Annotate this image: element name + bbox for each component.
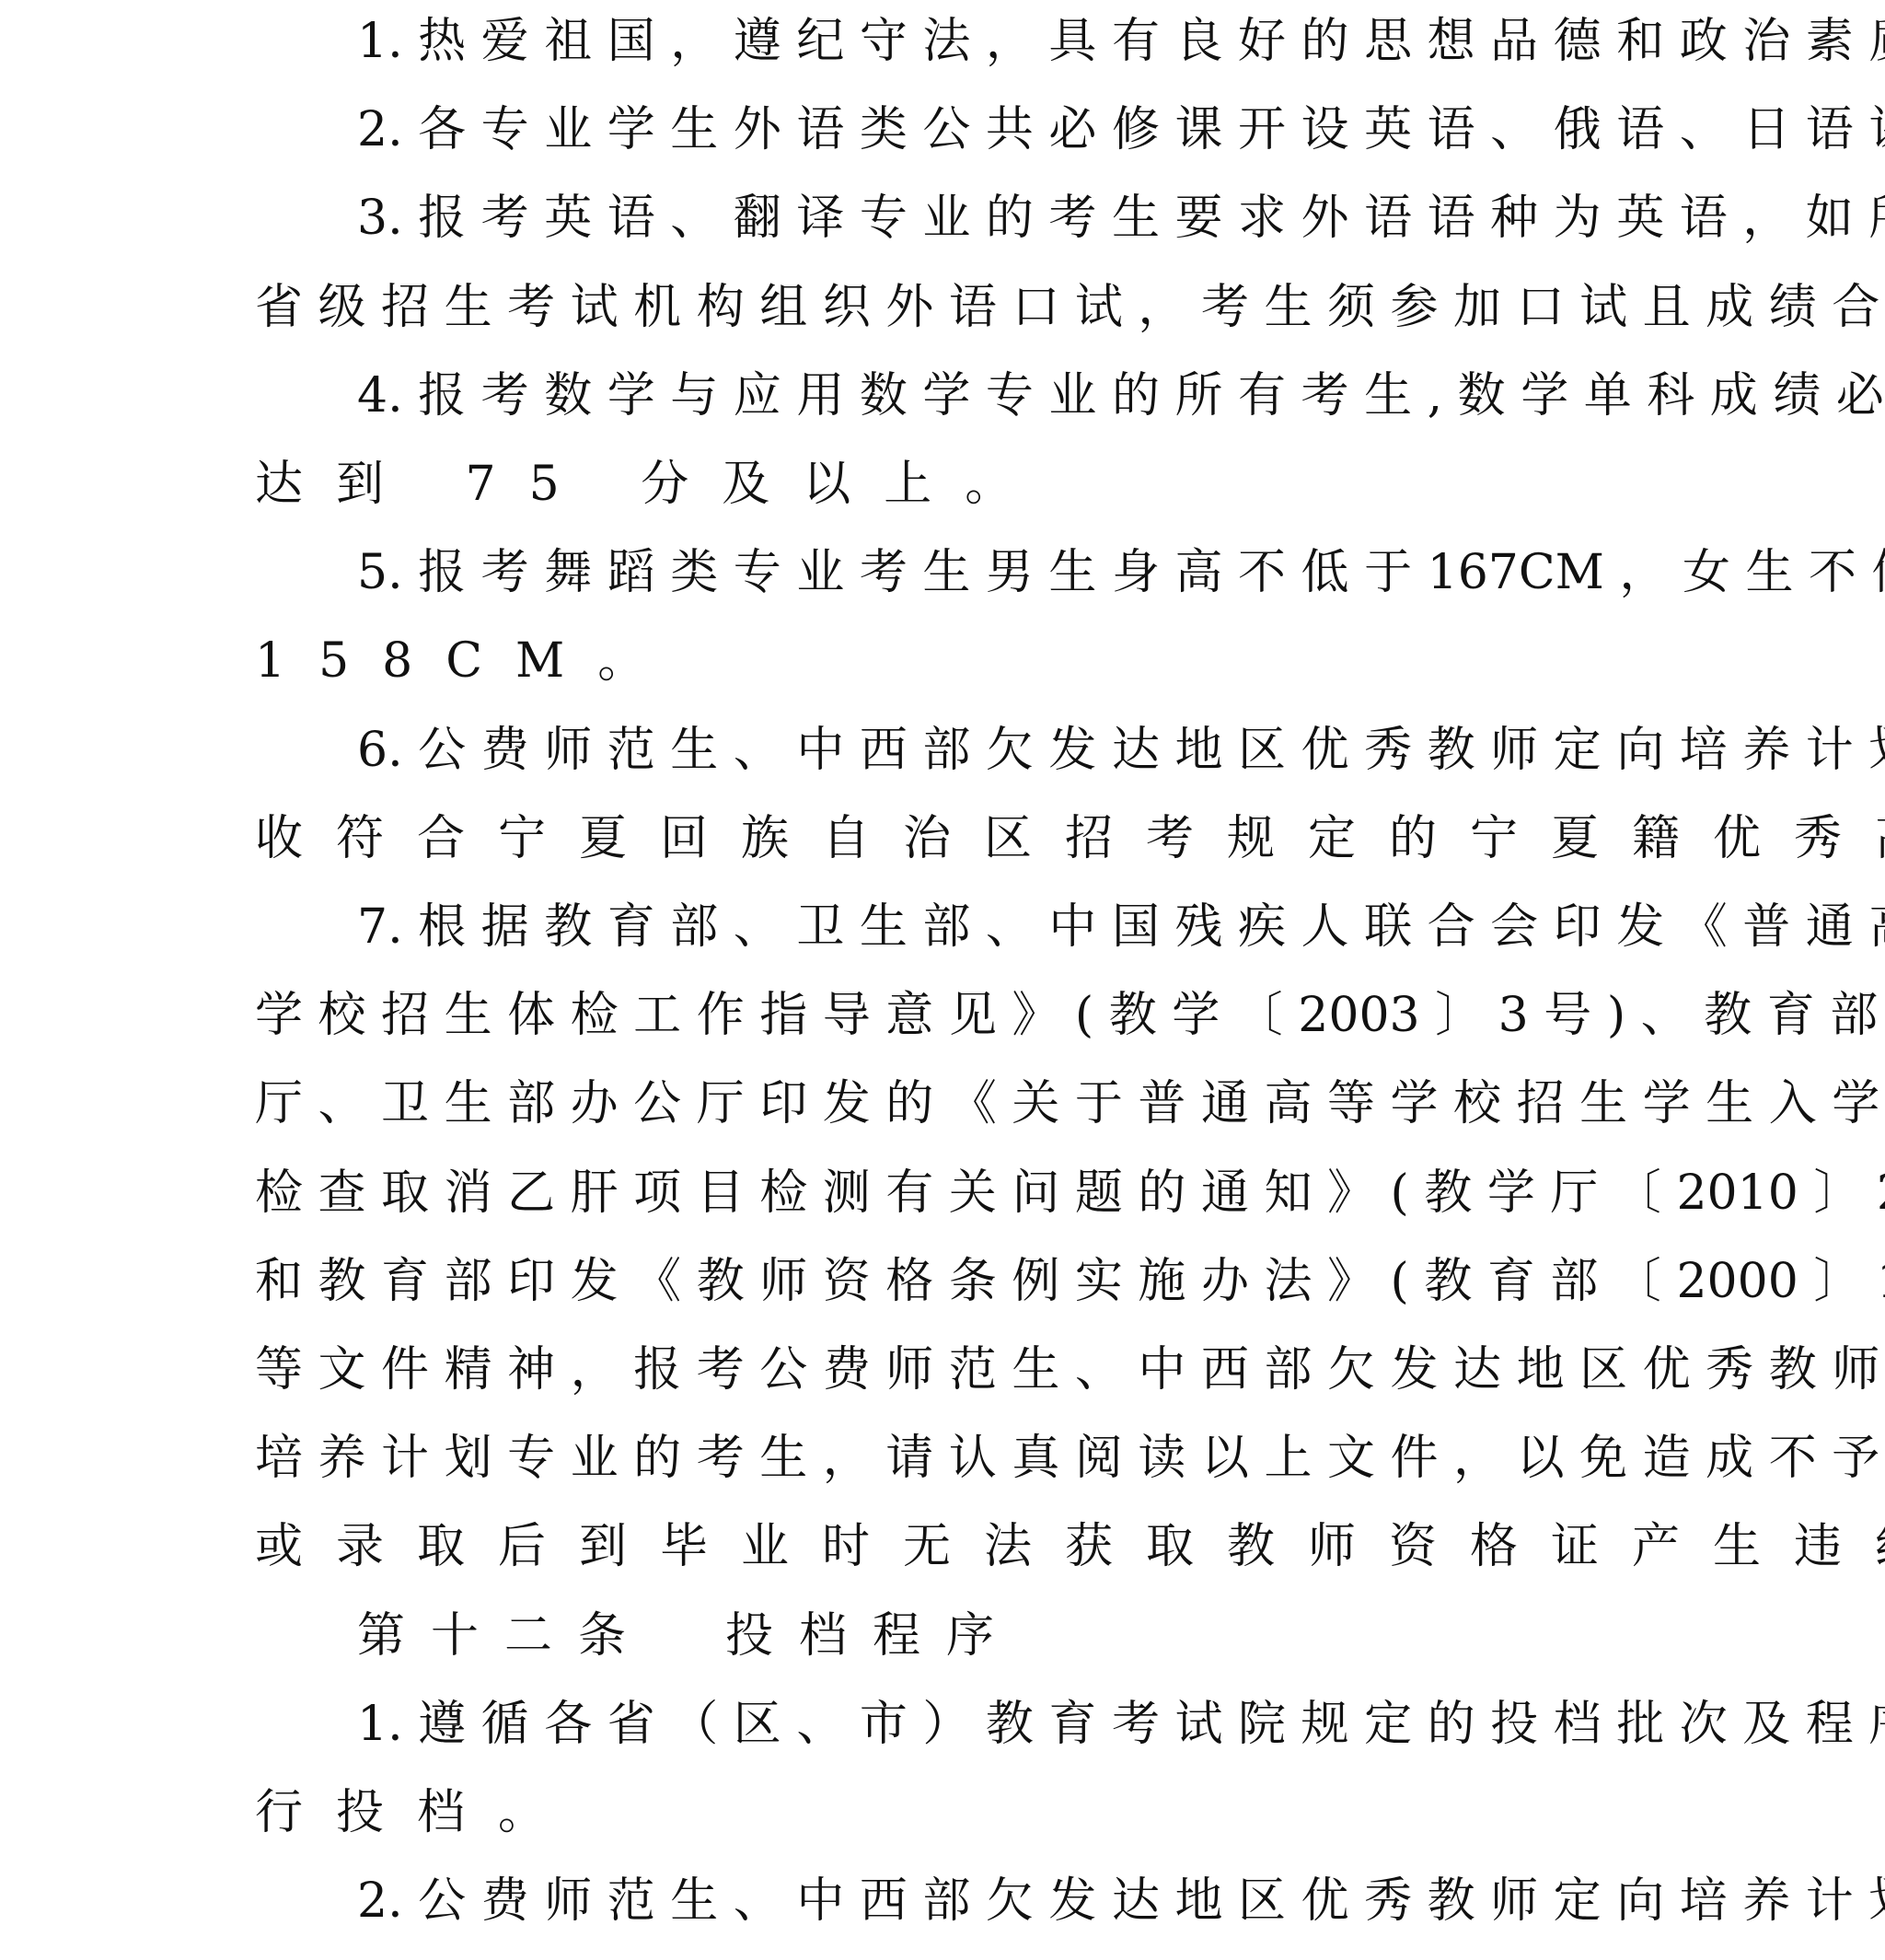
- text-line-proc-2: 2. 公 费 师 范 生 、 中 西 部 欠 发 达 地 区 优 秀 教 师 定…: [357, 1857, 1648, 1945]
- text-line-proc-1: 1. 遵 循 各 省 （ 区 、 市 ） 教 育 考 试 院 规 定 的 投 档…: [357, 1680, 1648, 1769]
- document-page: 1. 热 爱 祖 国 ， 遵 纪 守 法 ， 具 有 良 好 的 思 想 品 德…: [0, 0, 1885, 1960]
- text-line-req-7-cont-7: 或录取后到毕业时无法获取教师资格证产生违约的后果。: [255, 1502, 1885, 1591]
- text-line-req-3: 3. 报 考 英 语 、 翻 译 专 业 的 考 生 要 求 外 语 语 种 为…: [357, 174, 1648, 262]
- text-line-req-3-cont: 省 级 招 生 考 试 机 构 组 织 外 语 口 试 ， 考 生 须 参 加 …: [255, 263, 1648, 352]
- text-line-req-7-cont-3: 检 查 取 消 乙 肝 项 目 检 测 有 关 问 题 的 通 知 》 ( 教 …: [255, 1149, 1648, 1237]
- text-line-req-7-cont-1: 学 校 招 生 体 检 工 作 指 导 意 见 》 ( 教 学 〔 2003 〕…: [255, 971, 1648, 1060]
- text-line-req-7-cont-4: 和 教 育 部 印 发 《 教 师 资 格 条 例 实 施 办 法 》 ( 教 …: [255, 1237, 1648, 1326]
- text-line-req-7-cont-5: 等 文 件 精 神 ， 报 考 公 费 师 范 生 、 中 西 部 欠 发 达 …: [255, 1326, 1648, 1414]
- text-line-req-2: 2. 各 专 业 学 生 外 语 类 公 共 必 修 课 开 设 英 语 、 俄…: [357, 86, 1648, 174]
- text-line-req-5: 5. 报 考 舞 蹈 类 专 业 考 生 男 生 身 高 不 低 于 167CM…: [357, 528, 1648, 617]
- section-heading-article-12: 第十二条 投档程序: [357, 1592, 1020, 1680]
- text-line-req-4-cont: 达到 75 分及以上。: [255, 440, 1046, 528]
- text-line-req-1: 1. 热 爱 祖 国 ， 遵 纪 守 法 ， 具 有 良 好 的 思 想 品 德…: [357, 0, 1648, 86]
- text-line-req-7-cont-2: 厅 、 卫 生 部 办 公 厅 印 发 的 《 关 于 普 通 高 等 学 校 …: [255, 1060, 1648, 1148]
- text-line-req-4: 4. 报 考 数 学 与 应 用 数 学 专 业 的 所 有 考 生 , 数 学…: [357, 352, 1648, 440]
- text-line-req-5-cont: 158CM。: [255, 617, 678, 705]
- text-line-req-6: 6. 公 费 师 范 生 、 中 西 部 欠 发 达 地 区 优 秀 教 师 定…: [357, 706, 1648, 794]
- text-line-proc-1-cont: 行投档。: [255, 1769, 579, 1857]
- text-line-req-6-cont: 收符合宁夏回族自治区招考规定的宁夏籍优秀高中毕业生。: [255, 794, 1885, 883]
- text-line-req-7: 7. 根 据 教 育 部 、 卫 生 部 、 中 国 残 疾 人 联 合 会 印…: [357, 883, 1648, 971]
- text-line-req-7-cont-6: 培 养 计 划 专 业 的 考 生 ， 请 认 真 阅 读 以 上 文 件 ， …: [255, 1414, 1648, 1502]
